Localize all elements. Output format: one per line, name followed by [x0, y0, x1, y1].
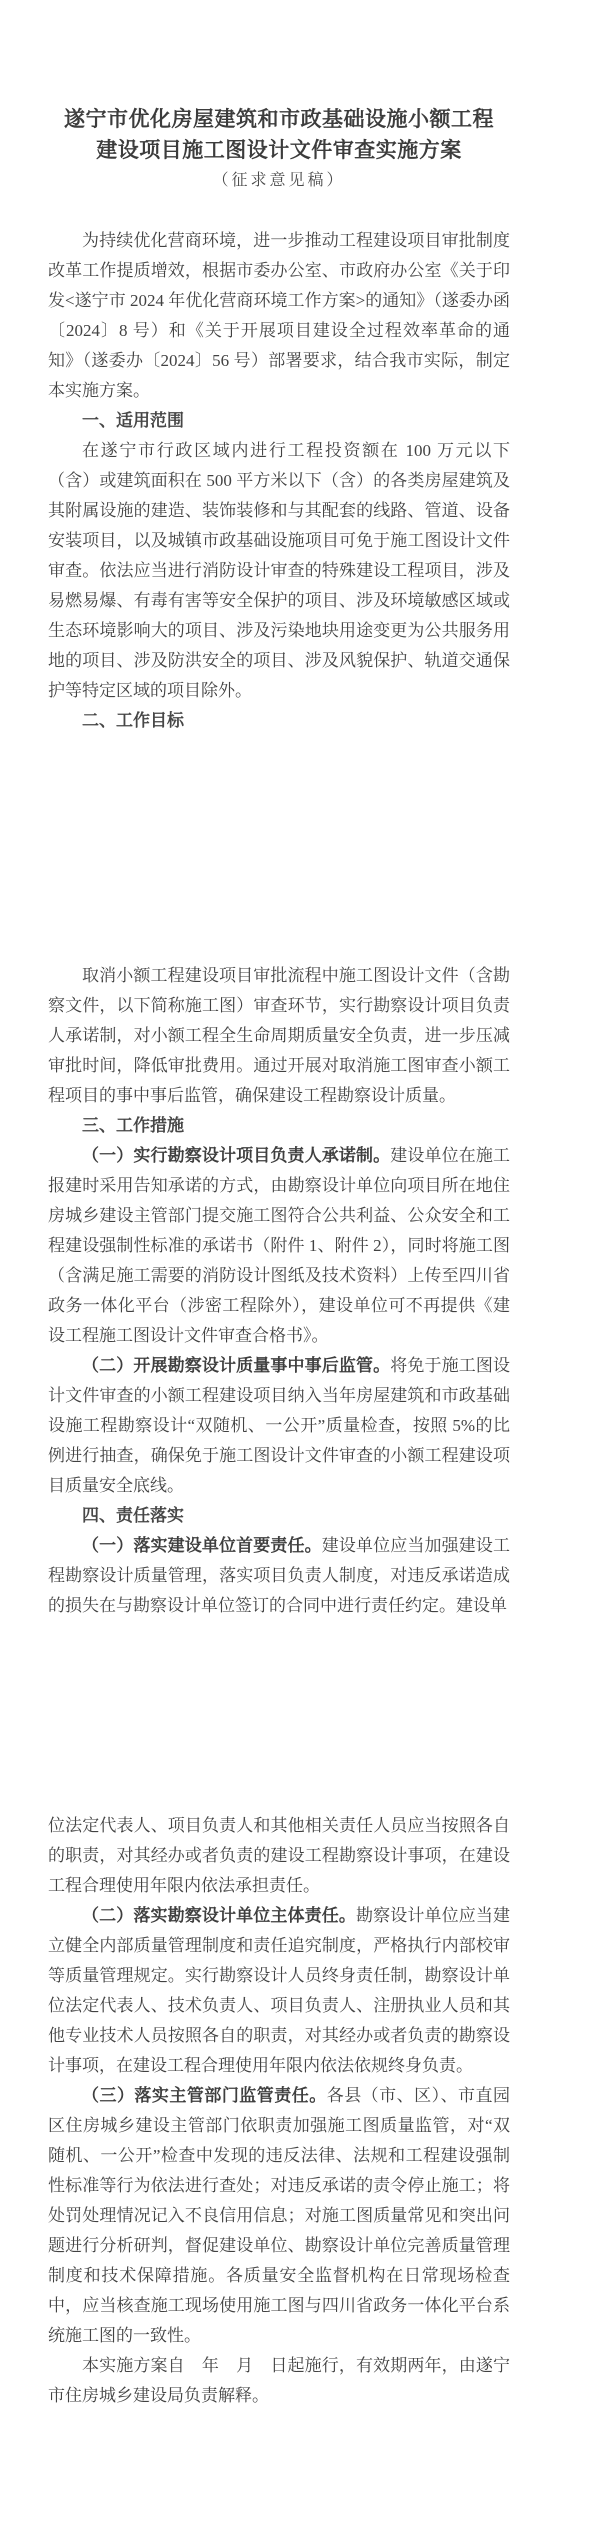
document-page: 遂宁市优化房屋建筑和市政基础设施小额工程 建设项目施工图设计文件审查实施方案 （… [0, 0, 600, 2546]
paragraph-measure-1-text: 建设单位在施工报建时采用告知承诺的方式，由勘察设计单位向项目所在地住房城乡建设主… [48, 1146, 510, 1345]
paragraph-measure-2: （二）开展勘察设计质量事中事后监管。将免于施工图设计文件审查的小额工程建设项目纳… [48, 1351, 510, 1501]
paragraph-measure-2-lead: （二）开展勘察设计质量事中事后监管。 [82, 1356, 390, 1375]
document-body: 为持续优化营商环境，进一步推动工程建设项目审批制度改革工作提质增效，根据市委办公… [48, 226, 510, 2411]
section-heading-measures: 三、工作措施 [48, 1111, 510, 1141]
paragraph-responsibility-1: （一）落实建设单位首要责任。建设单位应当加强建设工程勘察设计质量管理，落实项目负… [48, 1531, 510, 1621]
paragraph-responsibility-1-continued: 位法定代表人、项目负责人和其他相关责任人员应当按照各自的职责，对其经办或者负责的… [48, 1811, 510, 1901]
section-heading-scope: 一、适用范围 [48, 406, 510, 436]
section-heading-goal: 二、工作目标 [48, 706, 510, 736]
paragraph-responsibility-2-text: 勘察设计单位应当建立健全内部质量管理制度和责任追究制度，严格执行内部校审等质量管… [48, 1906, 510, 2075]
page-break-gap-2 [48, 1621, 510, 1811]
paragraph-responsibility-3-lead: （三）落实主管部门监管责任。 [82, 2086, 327, 2105]
paragraph-closing: 本实施方案自 年 月 日起施行，有效期两年，由遂宁市住房城乡建设局负责解释。 [48, 2351, 510, 2411]
document-title: 遂宁市优化房屋建筑和市政基础设施小额工程 建设项目施工图设计文件审查实施方案 [48, 104, 510, 166]
document-title-line-2: 建设项目施工图设计文件审查实施方案 [48, 135, 510, 166]
paragraph-goal: 取消小额工程建设项目审批流程中施工图设计文件（含勘察文件，以下简称施工图）审查环… [48, 961, 510, 1111]
paragraph-responsibility-2: （二）落实勘察设计单位主体责任。勘察设计单位应当建立健全内部质量管理制度和责任追… [48, 1901, 510, 2081]
paragraph-measure-1: （一）实行勘察设计项目负责人承诺制。建设单位在施工报建时采用告知承诺的方式，由勘… [48, 1141, 510, 1351]
page-break-gap-1 [48, 736, 510, 961]
document-subtitle: （征求意见稿） [48, 166, 510, 196]
paragraph-scope: 在遂宁市行政区域内进行工程投资额在 100 万元以下（含）或建筑面积在 500 … [48, 436, 510, 706]
paragraph-intro: 为持续优化营商环境，进一步推动工程建设项目审批制度改革工作提质增效，根据市委办公… [48, 226, 510, 406]
document-content: 遂宁市优化房屋建筑和市政基础设施小额工程 建设项目施工图设计文件审查实施方案 （… [0, 0, 600, 2411]
document-title-line-1: 遂宁市优化房屋建筑和市政基础设施小额工程 [48, 104, 510, 135]
section-heading-responsibility: 四、责任落实 [48, 1501, 510, 1531]
paragraph-responsibility-2-lead: （二）落实勘察设计单位主体责任。 [82, 1906, 356, 1925]
paragraph-responsibility-3: （三）落实主管部门监管责任。各县（市、区）、市直园区住房城乡建设主管部门依职责加… [48, 2081, 510, 2351]
paragraph-responsibility-3-text: 各县（市、区）、市直园区住房城乡建设主管部门依职责加强施工图质量监管，对“双随机… [48, 2086, 510, 2345]
paragraph-measure-2-text: 将免于施工图设计文件审查的小额工程建设项目纳入当年房屋建筑和市政基础设施工程勘察… [48, 1356, 510, 1495]
paragraph-responsibility-1-lead: （一）落实建设单位首要责任。 [82, 1536, 322, 1555]
paragraph-measure-1-lead: （一）实行勘察设计项目负责人承诺制。 [82, 1146, 390, 1165]
